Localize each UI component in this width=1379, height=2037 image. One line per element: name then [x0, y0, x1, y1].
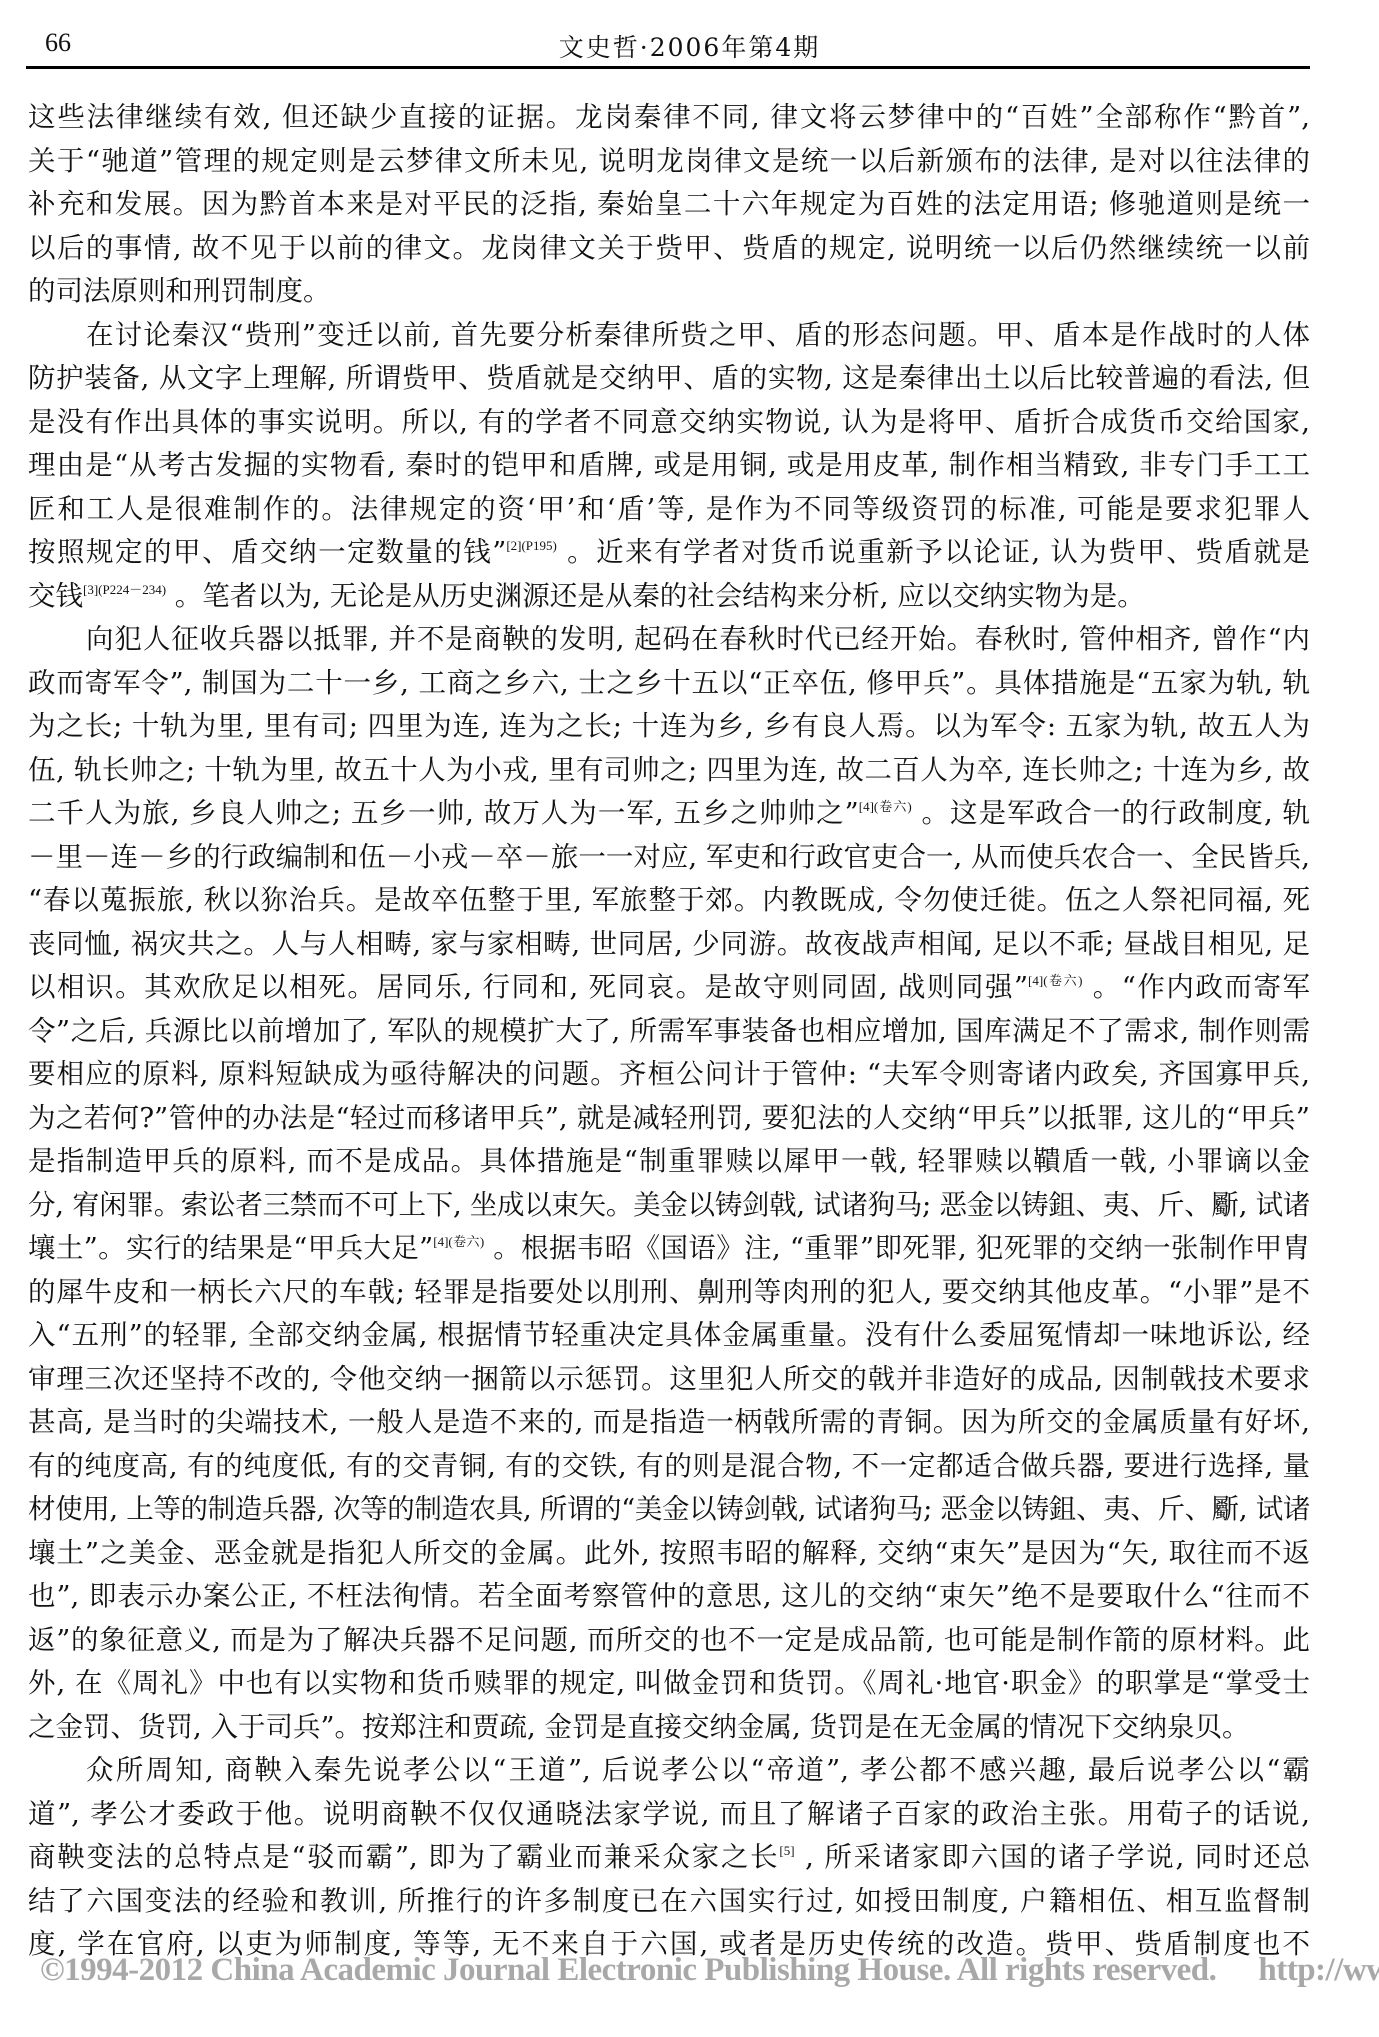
text-line: 按照规定的甲、盾交纳一定数量的钱”[2](P195) 。近来有学者对货币说重新予… — [28, 531, 1310, 575]
copyright-text: ©1994-2012 China Academic Journal Electr… — [40, 1952, 1216, 1988]
citation-superscript: [3](P224－234) — [83, 582, 166, 597]
line-text: 防护装备, 从文字上理解, 所谓赀甲、赀盾就是交纳甲、盾的实物, 这是秦律出土以… — [28, 362, 1310, 394]
line-text: 的犀牛皮和一柄长六尺的车戟; 轻罪是指要处以刖刑、劓刑等肉刑的犯人, 要交纳其他… — [28, 1276, 1310, 1308]
line-text: 关于“驰道”管理的规定则是云梦律文所未见, 说明龙岗律文是统一以后新颁布的法律,… — [28, 145, 1310, 177]
text-line: 令”之后, 兵源比以前增加了, 军队的规模扩大了, 所需军事装备也相应增加, 国… — [28, 1010, 1310, 1054]
line-text-after-citation: , 所采诸家即六国的诸子学说, 同时还总 — [795, 1841, 1310, 1873]
line-text: 匠和工人是很难制作的。法律规定的资‘甲’和‘盾’等, 是作为不同等级资罚的标准,… — [28, 493, 1310, 525]
line-text: 以相识。其欢欣足以相死。居同乐, 行同和, 死同哀。是故守则同固, 战则同强” — [28, 971, 1028, 1003]
text-line: 道”, 孝公才委政于他。说明商鞅不仅仅通晓法家学说, 而且了解诸子百家的政治主张… — [28, 1793, 1310, 1837]
cnki-url[interactable]: http://www.cnki.net — [1258, 1952, 1379, 1988]
line-text: 商鞅变法的总特点是“驳而霸”, 即为了霸业而兼采众家之长 — [28, 1841, 779, 1873]
copyright-watermark: ©1994-2012 China Academic Journal Electr… — [40, 1952, 1375, 1989]
text-line: 伍, 轨长帅之; 十轨为里, 故五十人为小戎, 里有司帅之; 四里为连, 故二百… — [28, 749, 1310, 793]
text-line: 入“五刑”的轻罪, 全部交纳金属, 根据情节轻重决定具体金属重量。没有什么委屈冤… — [28, 1314, 1310, 1358]
text-line: 众所周知, 商鞅入秦先说孝公以“王道”, 后说孝公以“帝道”, 孝公都不感兴趣,… — [28, 1749, 1310, 1793]
text-line: 丧同恤, 祸灾共之。人与人相畴, 家与家相畴, 世同居, 少同游。故夜战声相闻,… — [28, 923, 1310, 967]
citation-superscript: [4](卷六) — [859, 799, 912, 814]
line-text: 外, 在《周礼》中也有以实物和货币赎罪的规定, 叫做金罚和货罚。《周礼·地官·职… — [28, 1667, 1310, 1699]
line-text-after-citation: 。根据韦昭《国语》注, “重罪”即死罪, 犯死罪的交纳一张制作甲胄 — [484, 1232, 1310, 1264]
line-text-after-citation: 。笔者以为, 无论是从历史渊源还是从秦的社会结构来分析, 应以交纳实物为是。 — [166, 580, 1145, 612]
line-text: 丧同恤, 祸灾共之。人与人相畴, 家与家相畴, 世同居, 少同游。故夜战声相闻,… — [28, 928, 1310, 960]
line-text: 也”, 即表示办案公正, 不枉法徇情。若全面考察管仲的意思, 这儿的交纳“束矢”… — [28, 1580, 1310, 1612]
text-line: 以相识。其欢欣足以相死。居同乐, 行同和, 死同哀。是故守则同固, 战则同强”[… — [28, 966, 1310, 1010]
header-rule — [26, 66, 1310, 69]
text-line: 结了六国变法的经验和教训, 所推行的许多制度已在六国实行过, 如授田制度, 户籍… — [28, 1880, 1310, 1924]
line-text: 令”之后, 兵源比以前增加了, 军队的规模扩大了, 所需军事装备也相应增加, 国… — [28, 1015, 1310, 1047]
text-line: 交钱[3](P224－234) 。笔者以为, 无论是从历史渊源还是从秦的社会结构… — [28, 575, 1310, 619]
line-text: 甚高, 是当时的尖端技术, 一般人是造不来的, 而是指造一柄戟所需的青铜。因为所… — [28, 1406, 1310, 1438]
line-text: 众所周知, 商鞅入秦先说孝公以“王道”, 后说孝公以“帝道”, 孝公都不感兴趣,… — [86, 1754, 1310, 1786]
citation-superscript: [5] — [779, 1843, 794, 1858]
text-line: 壤土”。实行的结果是“甲兵大足”[4](卷六) 。根据韦昭《国语》注, “重罪”… — [28, 1227, 1310, 1271]
text-line: 审理三次还坚持不改的, 令他交纳一捆箭以示惩罚。这里犯人所交的戟并非造好的成品,… — [28, 1358, 1310, 1402]
text-line: 是指制造甲兵的原料, 而不是成品。具体措施是“制重罪赎以犀甲一戟, 轻罪赎以鞼盾… — [28, 1140, 1310, 1184]
text-line: 以后的事情, 故不见于以前的律文。龙岗律文关于赀甲、赀盾的规定, 说明统一以后仍… — [28, 227, 1310, 271]
citation-superscript: [4](卷六) — [1028, 973, 1082, 988]
line-text: 这些法律继续有效, 但还缺少直接的证据。龙岗秦律不同, 律文将云梦律中的“百姓”… — [28, 101, 1310, 133]
article-body: 这些法律继续有效, 但还缺少直接的证据。龙岗秦律不同, 律文将云梦律中的“百姓”… — [28, 96, 1310, 1967]
line-text: 补充和发展。因为黔首本来是对平民的泛指, 秦始皇二十六年规定为百姓的法定用语; … — [28, 188, 1310, 220]
line-text: 向犯人征收兵器以抵罪, 并不是商鞅的发明, 起码在春秋时代已经开始。春秋时, 管… — [86, 623, 1310, 655]
text-line: 这些法律继续有效, 但还缺少直接的证据。龙岗秦律不同, 律文将云梦律中的“百姓”… — [28, 96, 1310, 140]
text-line: 材使用, 上等的制造兵器, 次等的制造农具, 所谓的“美金以铸剑戟, 试诸狗马;… — [28, 1488, 1310, 1532]
line-text: 材使用, 上等的制造兵器, 次等的制造农具, 所谓的“美金以铸剑戟, 试诸狗马;… — [28, 1493, 1310, 1525]
text-line: 商鞅变法的总特点是“驳而霸”, 即为了霸业而兼采众家之长[5] , 所采诸家即六… — [28, 1836, 1310, 1880]
line-text: 道”, 孝公才委政于他。说明商鞅不仅仅通晓法家学说, 而且了解诸子百家的政治主张… — [28, 1798, 1310, 1830]
line-text: 有的纯度高, 有的纯度低, 有的交青铜, 有的交铁, 有的则是混合物, 不一定都… — [28, 1450, 1310, 1482]
text-line: 二千人为旅, 乡良人帅之; 五乡一帅, 故万人为一军, 五乡之帅帅之”[4](卷… — [28, 792, 1310, 836]
line-text: 理由是“从考古发掘的实物看, 秦时的铠甲和盾牌, 或是用铜, 或是用皮革, 制作… — [28, 449, 1310, 481]
line-text: 为之长; 十轨为里, 里有司; 四里为连, 连为之长; 十连为乡, 乡有良人焉。… — [28, 710, 1310, 742]
text-line: 甚高, 是当时的尖端技术, 一般人是造不来的, 而是指造一柄戟所需的青铜。因为所… — [28, 1401, 1310, 1445]
line-text: 以后的事情, 故不见于以前的律文。龙岗律文关于赀甲、赀盾的规定, 说明统一以后仍… — [28, 232, 1310, 264]
text-line: 是没有作出具体的事实说明。所以, 有的学者不同意交纳实物说, 认为是将甲、盾折合… — [28, 401, 1310, 445]
line-text: 分, 宥闲罪。索讼者三禁而不可上下, 坐成以束矢。美金以铸剑戟, 试诸狗马; 恶… — [28, 1189, 1310, 1221]
line-text: 返”的象征意义, 而是为了解决兵器不足问题, 而所交的也不一定是成品箭, 也可能… — [28, 1624, 1310, 1656]
line-text: 的司法原则和刑罚制度。 — [28, 275, 331, 307]
line-text: 壤土”之美金、恶金就是指犯人所交的金属。此外, 按照韦昭的解释, 交纳“束矢”是… — [28, 1537, 1310, 1569]
line-text: 是指制造甲兵的原料, 而不是成品。具体措施是“制重罪赎以犀甲一戟, 轻罪赎以鞼盾… — [28, 1145, 1310, 1177]
line-text: 壤土”。实行的结果是“甲兵大足” — [28, 1232, 433, 1264]
text-line: 补充和发展。因为黔首本来是对平民的泛指, 秦始皇二十六年规定为百姓的法定用语; … — [28, 183, 1310, 227]
text-line: 理由是“从考古发掘的实物看, 秦时的铠甲和盾牌, 或是用铜, 或是用皮革, 制作… — [28, 444, 1310, 488]
text-line: 外, 在《周礼》中也有以实物和货币赎罪的规定, 叫做金罚和货罚。《周礼·地官·职… — [28, 1662, 1310, 1706]
running-head: 文史哲·2006年第4期 — [0, 28, 1379, 64]
line-text: 为之若何?”管仲的办法是“轻过而移诸甲兵”, 就是减轻刑罚, 要犯法的人交纳“甲… — [28, 1102, 1310, 1134]
text-line: 的犀牛皮和一柄长六尺的车戟; 轻罪是指要处以刖刑、劓刑等肉刑的犯人, 要交纳其他… — [28, 1271, 1310, 1315]
text-line: 壤土”之美金、恶金就是指犯人所交的金属。此外, 按照韦昭的解释, 交纳“束矢”是… — [28, 1532, 1310, 1576]
text-line: 分, 宥闲罪。索讼者三禁而不可上下, 坐成以束矢。美金以铸剑戟, 试诸狗马; 恶… — [28, 1184, 1310, 1228]
text-line: 为之长; 十轨为里, 里有司; 四里为连, 连为之长; 十连为乡, 乡有良人焉。… — [28, 705, 1310, 749]
line-text-after-citation: 。“作内政而寄军 — [1082, 971, 1310, 1003]
text-line: 防护装备, 从文字上理解, 所谓赀甲、赀盾就是交纳甲、盾的实物, 这是秦律出土以… — [28, 357, 1310, 401]
line-text: 交钱 — [28, 580, 83, 612]
text-line: 的司法原则和刑罚制度。 — [28, 270, 1310, 314]
text-line: 要相应的原料, 原料短缺成为亟待解决的问题。齐桓公问计于管仲: “夫军令则寄诸内… — [28, 1053, 1310, 1097]
line-text: 按照规定的甲、盾交纳一定数量的钱” — [28, 536, 506, 568]
line-text: 入“五刑”的轻罪, 全部交纳金属, 根据情节轻重决定具体金属重量。没有什么委屈冤… — [28, 1319, 1310, 1351]
line-text: 政而寄军令”, 制国为二十一乡, 工商之乡六, 士之乡十五以“正卒伍, 修甲兵”… — [28, 667, 1310, 699]
line-text-after-citation: 。近来有学者对货币说重新予以论证, 认为赀甲、赀盾就是 — [557, 536, 1310, 568]
text-line: 有的纯度高, 有的纯度低, 有的交青铜, 有的交铁, 有的则是混合物, 不一定都… — [28, 1445, 1310, 1489]
text-line: 关于“驰道”管理的规定则是云梦律文所未见, 说明龙岗律文是统一以后新颁布的法律,… — [28, 140, 1310, 184]
text-line: 也”, 即表示办案公正, 不枉法徇情。若全面考察管仲的意思, 这儿的交纳“束矢”… — [28, 1575, 1310, 1619]
line-text: “春以蒐振旅, 秋以狝治兵。是故卒伍整于里, 军旅整于郊。内教既成, 令勿使迁徙… — [28, 884, 1310, 916]
citation-superscript: [2](P195) — [506, 538, 557, 553]
line-text: 二千人为旅, 乡良人帅之; 五乡一帅, 故万人为一军, 五乡之帅帅之” — [28, 797, 859, 829]
text-line: 之金罚、货罚, 入于司兵”。按郑注和贾疏, 金罚是直接交纳金属, 货罚是在无金属… — [28, 1706, 1310, 1750]
citation-superscript: [4](卷六) — [433, 1234, 484, 1249]
line-text: 审理三次还坚持不改的, 令他交纳一捆箭以示惩罚。这里犯人所交的戟并非造好的成品,… — [28, 1363, 1310, 1395]
line-text: 要相应的原料, 原料短缺成为亟待解决的问题。齐桓公问计于管仲: “夫军令则寄诸内… — [28, 1058, 1310, 1090]
line-text: 之金罚、货罚, 入于司兵”。按郑注和贾疏, 金罚是直接交纳金属, 货罚是在无金属… — [28, 1711, 1250, 1743]
line-text: 在讨论秦汉“赀刑”变迁以前, 首先要分析秦律所赀之甲、盾的形态问题。甲、盾本是作… — [86, 319, 1310, 351]
line-text-after-citation: 。这是军政合一的行政制度, 轨 — [912, 797, 1310, 829]
line-text: 结了六国变法的经验和教训, 所推行的许多制度已在六国实行过, 如授田制度, 户籍… — [28, 1885, 1310, 1917]
text-line: －里－连－乡的行政编制和伍－小戎－卒－旅一一对应, 军吏和行政官吏合一, 从而使… — [28, 836, 1310, 880]
line-text: 伍, 轨长帅之; 十轨为里, 故五十人为小戎, 里有司帅之; 四里为连, 故二百… — [28, 754, 1310, 786]
text-line: 政而寄军令”, 制国为二十一乡, 工商之乡六, 士之乡十五以“正卒伍, 修甲兵”… — [28, 662, 1310, 706]
text-line: 向犯人征收兵器以抵罪, 并不是商鞅的发明, 起码在春秋时代已经开始。春秋时, 管… — [28, 618, 1310, 662]
line-text: －里－连－乡的行政编制和伍－小戎－卒－旅一一对应, 军吏和行政官吏合一, 从而使… — [28, 841, 1310, 873]
line-text: 是没有作出具体的事实说明。所以, 有的学者不同意交纳实物说, 认为是将甲、盾折合… — [28, 406, 1310, 438]
text-line: 为之若何?”管仲的办法是“轻过而移诸甲兵”, 就是减轻刑罚, 要犯法的人交纳“甲… — [28, 1097, 1310, 1141]
text-line: “春以蒐振旅, 秋以狝治兵。是故卒伍整于里, 军旅整于郊。内教既成, 令勿使迁徙… — [28, 879, 1310, 923]
text-line: 在讨论秦汉“赀刑”变迁以前, 首先要分析秦律所赀之甲、盾的形态问题。甲、盾本是作… — [28, 314, 1310, 358]
text-line: 匠和工人是很难制作的。法律规定的资‘甲’和‘盾’等, 是作为不同等级资罚的标准,… — [28, 488, 1310, 532]
text-line: 返”的象征意义, 而是为了解决兵器不足问题, 而所交的也不一定是成品箭, 也可能… — [28, 1619, 1310, 1663]
